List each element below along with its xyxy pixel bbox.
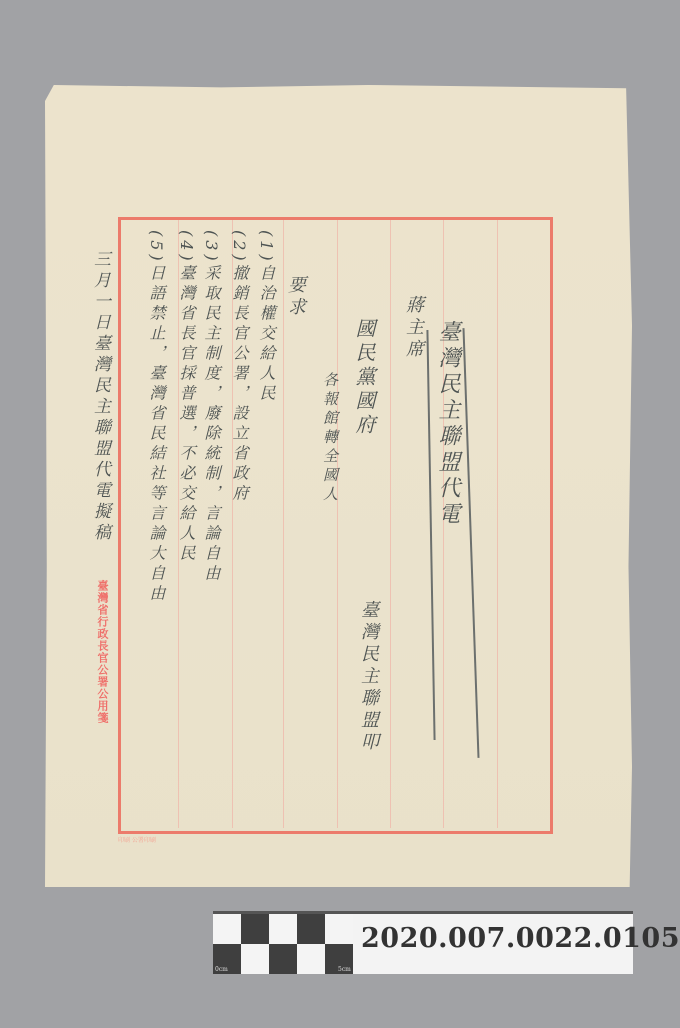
addressee-text: 蔣主席 bbox=[400, 295, 426, 361]
color-checker bbox=[213, 914, 353, 974]
recipient-line-1: 國民黨國府 bbox=[350, 318, 379, 438]
demand-item-4: (4)臺灣省長官採普選，不必交給人民 bbox=[175, 230, 198, 565]
recipient-line-2: 各報館轉全國人 bbox=[320, 372, 341, 505]
demand-item-1: (1)自治權交給人民 bbox=[255, 230, 278, 405]
column-rule bbox=[337, 220, 338, 828]
column-rule bbox=[390, 220, 391, 828]
printer-mark: 印刷 公署印刷 bbox=[118, 835, 156, 844]
demand-item-2: (2)撤銷長官公署，設立省政府 bbox=[228, 230, 251, 505]
accession-number: 2020.007.0022.0105 bbox=[361, 923, 680, 954]
scale-bar: 0cm 5cm 2020.007.0022.0105 bbox=[213, 911, 633, 974]
demand-item-3: (3)采取民主制度，廢除統制，言論自由 bbox=[200, 230, 223, 585]
demands-label: 要求 bbox=[282, 275, 308, 319]
demand-item-5: (5)日語禁止，臺灣省民結社等言論大自由 bbox=[145, 230, 168, 605]
signature-text: 臺灣民主聯盟叩 bbox=[355, 600, 381, 754]
margin-note: 三月一日臺灣民主聯盟代電擬稿 bbox=[88, 250, 113, 544]
letterhead-stamp: 臺灣省行政長官公署公用箋 bbox=[96, 580, 108, 724]
scale-left-label: 0cm bbox=[215, 966, 228, 973]
scale-right-label: 5cm bbox=[338, 966, 351, 973]
heading-text: 臺灣民主聯盟代電 bbox=[432, 320, 463, 528]
column-rule bbox=[497, 220, 498, 828]
